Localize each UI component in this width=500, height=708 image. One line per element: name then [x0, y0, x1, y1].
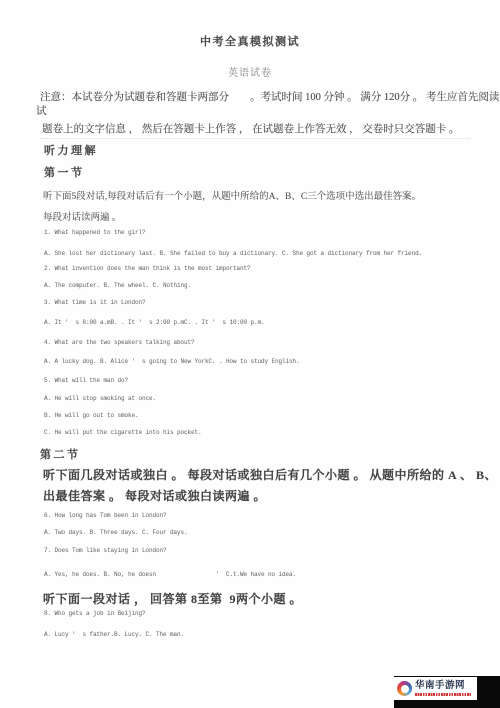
watermark: 华南手游网: [394, 676, 500, 708]
listening-heading: 听力理解: [44, 142, 98, 158]
section1-heading: 第一节: [44, 164, 85, 180]
section1-instruction-1: 听下面5段对话,每段对话后有一个小题，从题中所给的A、B、C三个选项中选出最佳答…: [43, 188, 421, 202]
question-5-option-c: C. He will put the cigarette into his po…: [44, 429, 202, 436]
section2-heading: 第二节: [40, 446, 81, 462]
exam-paper-page: 中考全真模拟测试 英语试卷 注意：本试卷分为试题卷和答题卡两部分 。考试时间 1…: [0, 0, 500, 708]
exam-title: 中考全真模拟测试: [0, 33, 500, 49]
question-5: 5. What will the man do?: [44, 377, 128, 384]
question-2-options: A. The computer. B. The wheel. C. Nothin…: [44, 282, 191, 289]
section2-instruction-1: 听下面几段对话或独白 。 每段对话或独白后有几个小题 。 从题中所给的 A 、 …: [43, 466, 500, 483]
question-7: 7. Does Tom like staying in London?: [44, 547, 167, 554]
question-7-options: A. Yes, he does. B. No, he doesn ' C.t.W…: [44, 571, 296, 578]
question-1-options: A. She lost her dictionary last. B. She …: [44, 250, 422, 257]
question-6-options: A. Two days. B. Three days. C. Four days…: [44, 529, 188, 536]
notice-line-1: 注意：本试卷分为试题卷和答题卡两部分 。考试时间 100 分钟 。 满分 120…: [40, 89, 499, 104]
notice-line-2: 试: [36, 103, 47, 118]
question-4: 4. What are the two speakers talking abo…: [44, 339, 195, 346]
scan-artifact-line: [40, 138, 470, 139]
watermark-tagline-strip: [415, 693, 471, 696]
question-6: 6. How long has Tom been in London?: [44, 512, 167, 519]
site-logo-icon: [397, 681, 412, 696]
question-5-option-b: B. He will go out to smoke.: [44, 412, 139, 419]
question-4-options: A. A lucky dog. B. Alice ' s going to Ne…: [44, 358, 300, 365]
notice-line-3: 题卷上的文字信息 ， 然后在答题卡上作答 ， 在试题卷上作答无效 ， 交卷时只交…: [42, 121, 459, 136]
question-8-options: A. Lucy ' s father.B. Lucy. C. The man.: [44, 631, 184, 638]
question-2: 2. What invention does the man think is …: [44, 265, 251, 272]
question-1: 1. What happened to the girl?: [44, 229, 146, 236]
section2-instruction-2: 出最佳答案 。 每段对话或独白读两遍 。: [43, 487, 266, 504]
watermark-logo-box: 华南手游网: [394, 677, 477, 700]
section1-instruction-2: 每段对话读两遍 。: [43, 209, 121, 223]
question-3: 3. What time is it in London?: [44, 299, 146, 306]
question-3-options: A. It ' s 8:00 a.mB. . It ' s 2:00 p.mC.…: [44, 319, 265, 326]
question-8: 8. Who gets a job in Beijing?: [44, 610, 146, 617]
exam-subtitle: 英语试卷: [0, 64, 500, 79]
question-5-option-a: A. He will stop smoking at once.: [44, 395, 156, 402]
watermark-site-name: 华南手游网: [415, 681, 471, 691]
section2-sub-instruction: 听下面一段对话 ， 回答第 8至第 9两个小题 。: [43, 590, 302, 607]
